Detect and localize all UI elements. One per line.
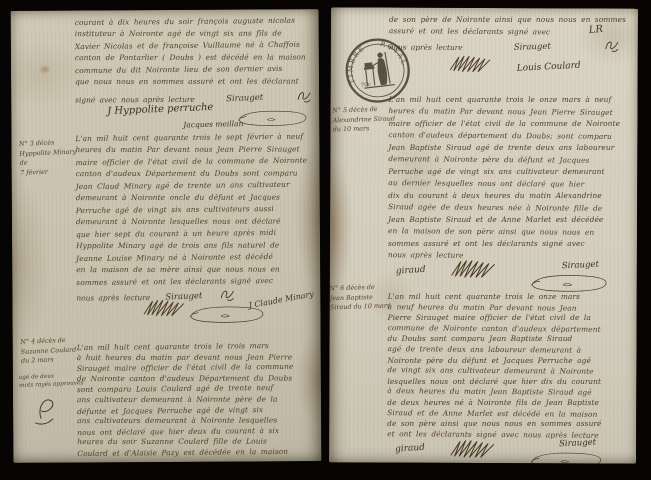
handwritten-line: de son père ainsi que nous nous en somme… (387, 419, 629, 430)
margin-note-act5: N° 5 décès deAlexandrine Sirauddu 10 mar… (332, 105, 395, 136)
scanned-register-spread: courant à dix heures du soir françois au… (0, 0, 651, 480)
handwritten-line: Siraud agée de deux heures née à Noiront… (388, 201, 630, 215)
signature-scribble-icon (447, 438, 503, 460)
margin-note-act6: N° 6 décès deJean BaptisteSiraud du 10 m… (329, 283, 390, 314)
signature-sirauget: Sirauget (559, 438, 596, 450)
handwritten-line: demeurant à Noironte père du défunt et J… (388, 153, 630, 167)
registrar-initials: LR (588, 24, 603, 36)
handwritten-line: mots rayés approuvés (19, 380, 84, 391)
handwritten-line: heures du matin Par devant nous Jean Pie… (388, 105, 630, 119)
handwritten-line: dix du courant à deux heures du matin Al… (388, 190, 630, 202)
handwritten-line: du 2 mars (21, 355, 77, 367)
margin-paraph-icon (31, 393, 65, 427)
handwritten-line: canton d'audeux département du Doubs; so… (388, 129, 630, 143)
handwritten-line: en la maison de son père ainsi que nous … (388, 225, 630, 239)
handwritten-line: à deux heures du matin Jean Baptiste Sir… (387, 387, 629, 399)
handwritten-line: 7 février (20, 166, 77, 178)
paraph-icon (218, 288, 236, 302)
closing-text: nous après lecture (76, 293, 150, 302)
handwritten-line: Pierre Sirauget maire officier de l'état… (388, 313, 630, 324)
handwritten-line: que nous nous en sommes assuré et ont le… (75, 76, 315, 89)
margin-note-act3: N° 3 décèsHyppolite Minaryde7 février (19, 138, 77, 179)
handwritten-line: Coulard et d'Alaisie Pazy est décédée en… (77, 446, 317, 459)
handwritten-line: du 10 mars (333, 124, 396, 136)
handwritten-line: L'an mil huit cent quarante trois le onz… (388, 292, 630, 303)
act-continuation-text: courant à dix heures du soir françois au… (75, 15, 315, 88)
signature-giraud: giraud (395, 443, 425, 455)
act4-text: L'an mil huit cent quarante trois le tro… (77, 341, 318, 459)
right-page: de son père de Noironte ainsi que nous n… (329, 7, 638, 463)
handwritten-line: Perruche agé de vingt six ans cultivateu… (388, 166, 630, 178)
act6-text: L'an mil huit cent quarante trois le onz… (387, 292, 630, 441)
signature-scribble-icon (447, 54, 499, 74)
paraph-icon (603, 39, 621, 53)
handwritten-line: L'an mil huit cent quarante trois le onz… (389, 94, 631, 106)
handwritten-line: de vingt six ans cultivateur demeurant à… (387, 365, 629, 377)
stamp-denomination: 70c (361, 82, 372, 89)
signature-giraud: giraud (396, 265, 426, 277)
act5-text: L'an mil huit cent quarante trois le onz… (388, 94, 631, 263)
signature-flourish-oval-icon (233, 107, 311, 129)
handwritten-line: au dernier lesquelles nous ont déclaré q… (388, 177, 630, 191)
left-page: courant à dix heures du soir françois au… (11, 9, 322, 463)
signature-sirauget: Sirauget (562, 260, 599, 272)
act3-text: L'an mil huit cent quarante trois le sep… (75, 131, 316, 288)
handwritten-line: Siraud du 10 mars (330, 302, 390, 313)
margin-note-act4: N° 4 décès deSuzanne Coularddu 2 mars (20, 336, 77, 367)
paraph-icon (295, 89, 313, 103)
handwritten-line: Jean Baptiste Siraud agé de trente deux … (388, 142, 630, 154)
margin-amendment-note: agé de deuxmots rayés approuvés (19, 371, 84, 390)
signature-claude-minary: J Claude Minary (248, 289, 314, 310)
signature-flourish-oval-icon (523, 450, 609, 463)
handwritten-line: de deux heures né à Noironte fils de Jea… (387, 398, 629, 409)
handwritten-line: Jean Baptiste Siraud et de Anne Marlet e… (388, 214, 630, 226)
handwritten-line: agé de trente deux ans laboureur demeura… (387, 344, 629, 356)
signature-sirauget: Sirauget (226, 93, 263, 105)
act4-end-closing: nous après lecture Sirauget (389, 38, 621, 53)
signature-sirauget: Sirauget (514, 42, 551, 53)
handwritten-line: maire officier de l'état civil de la com… (388, 118, 630, 130)
signature-louis-coulard: Louis Coulard (517, 61, 581, 74)
signature-scribble-icon (448, 258, 504, 280)
handwritten-line: sommes assuré et ont les déclarants sign… (388, 238, 630, 250)
